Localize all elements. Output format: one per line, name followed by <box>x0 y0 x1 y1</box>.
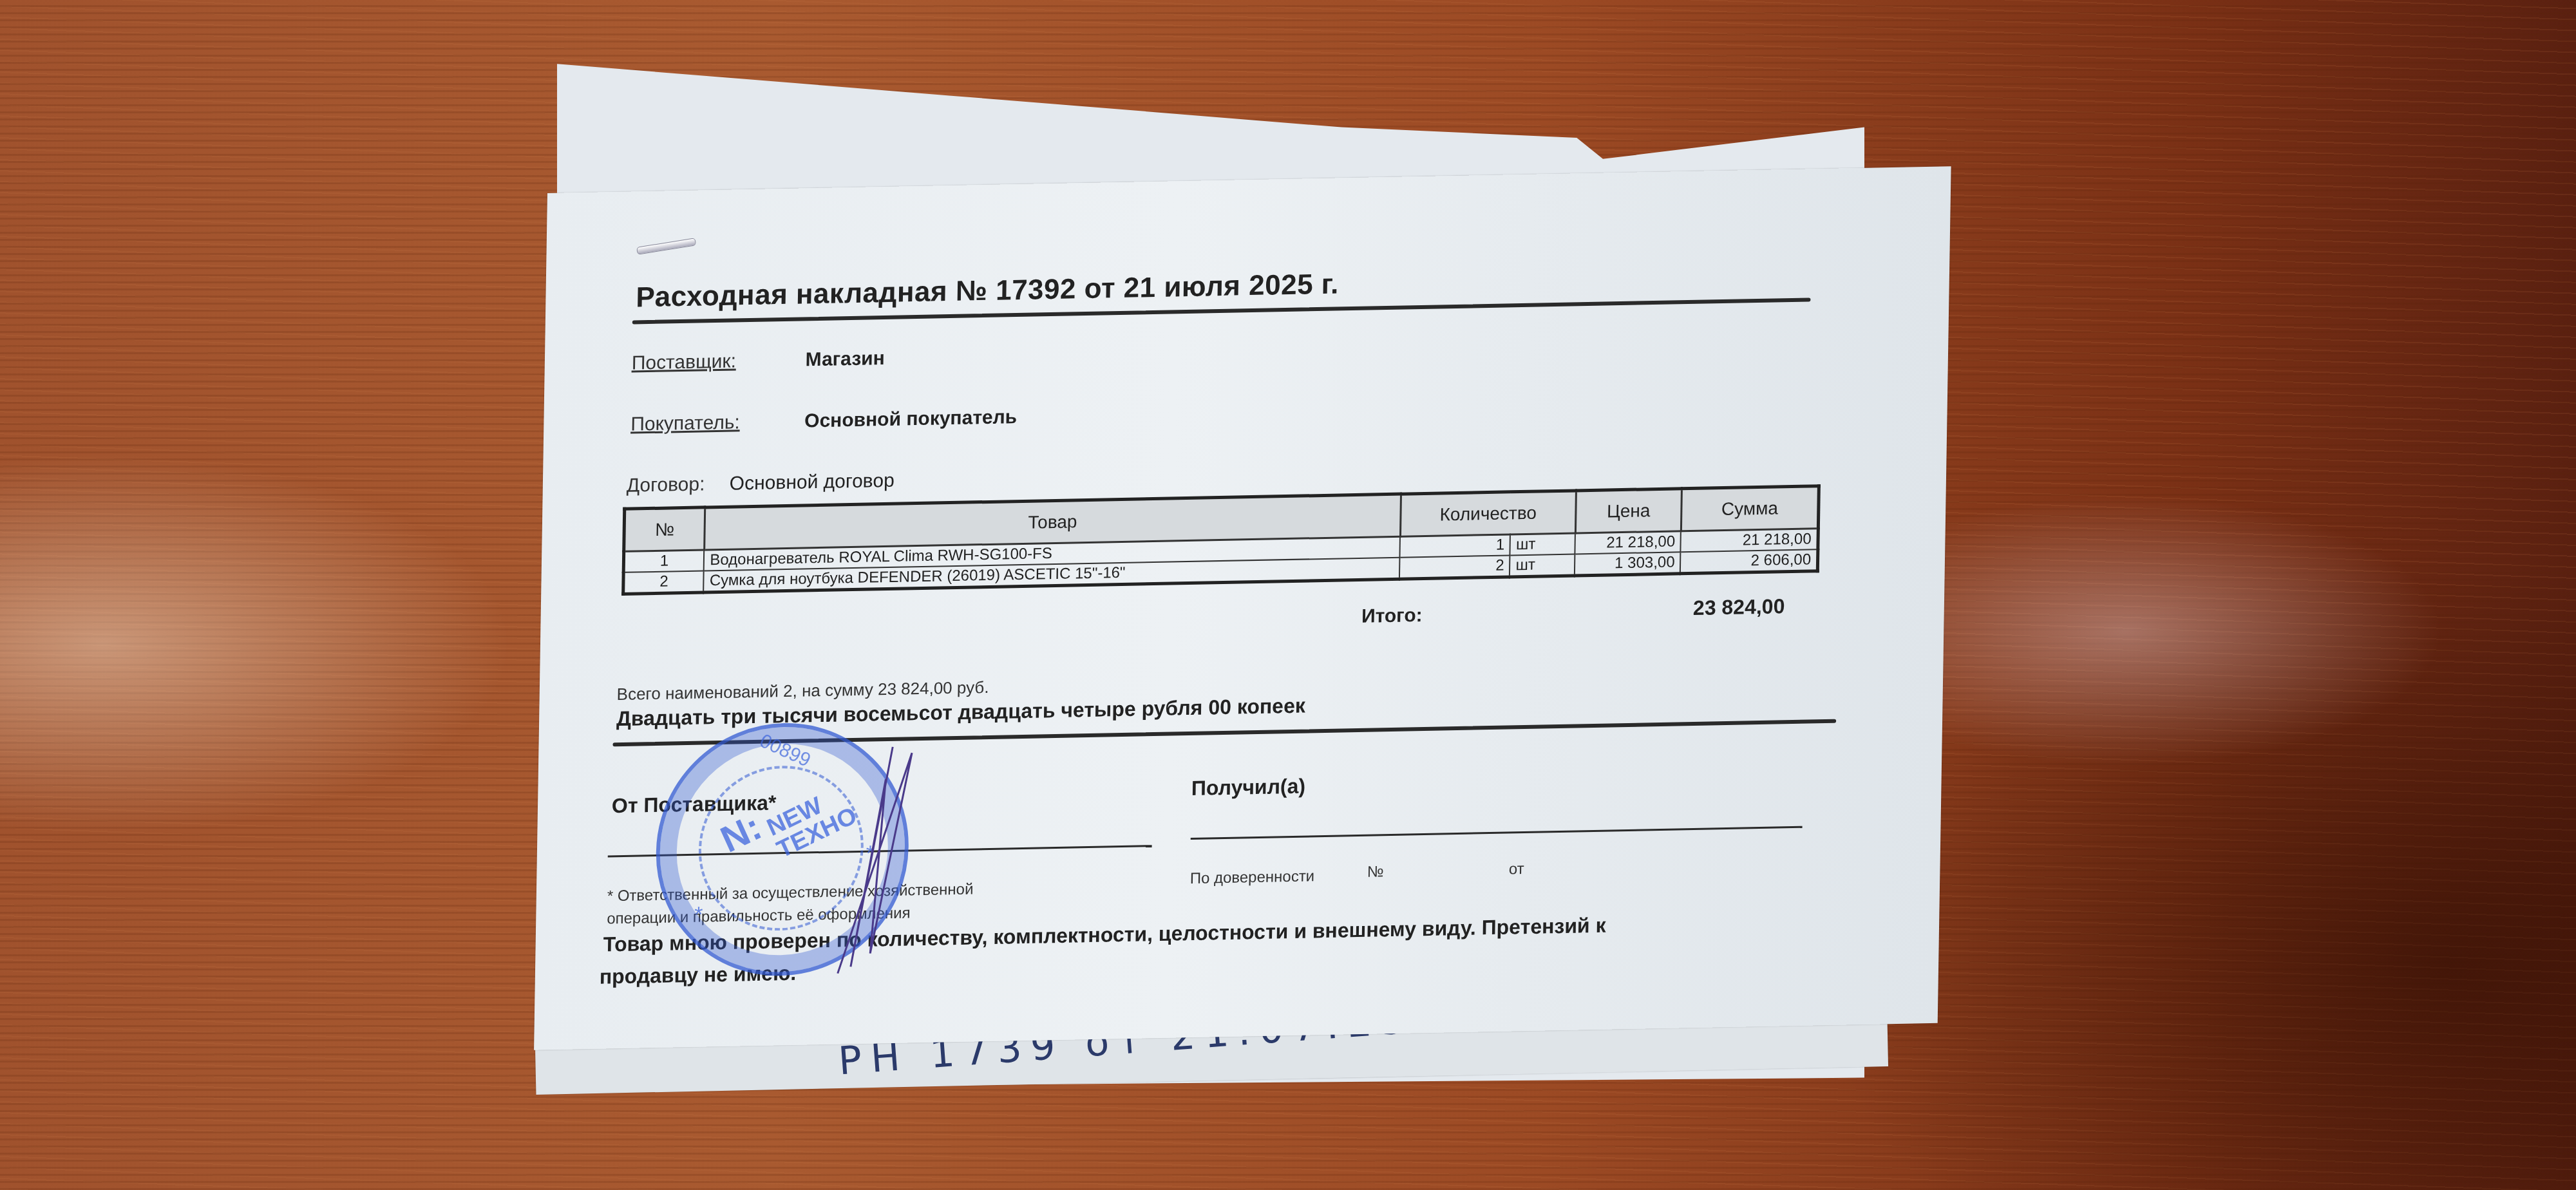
row-price: 21 218,00 <box>1575 531 1681 554</box>
row-sum: 2 606,00 <box>1680 549 1818 574</box>
invoice-document: Расходная накладная № 17392 от 21 июля 2… <box>534 166 1951 1050</box>
total-value: 23 824,00 <box>1693 594 1785 620</box>
invoice-title: Расходная накладная № 17392 от 21 июля 2… <box>636 268 1339 314</box>
invoice-sheet: Расходная накладная № 17392 от 21 июля 2… <box>534 166 1951 1050</box>
staple-icon <box>636 238 696 254</box>
total-label: Итого: <box>1361 605 1423 628</box>
col-header-sum: Сумма <box>1681 486 1819 531</box>
row-num: 1 <box>623 550 704 572</box>
col-header-qty: Количество <box>1400 491 1576 536</box>
contract-value: Основной договор <box>729 470 894 495</box>
supplier-value: Магазин <box>805 348 885 371</box>
row-num: 2 <box>623 571 704 594</box>
contract-label: Договор: <box>627 473 705 496</box>
power-of-attorney-number-label: № <box>1367 863 1384 882</box>
power-of-attorney-label: По доверенности <box>1190 867 1315 888</box>
row-price: 1 303,00 <box>1575 552 1681 576</box>
power-of-attorney-date-label: от <box>1509 860 1524 878</box>
signature-icon <box>811 739 944 987</box>
row-unit: шт <box>1510 554 1575 576</box>
stamp-star-icon: * <box>694 903 703 928</box>
buyer-value: Основной покупатель <box>804 406 1017 432</box>
row-qty: 2 <box>1399 555 1510 579</box>
buyer-label: Покупатель: <box>630 411 740 435</box>
receiver-signature-line <box>1191 826 1803 840</box>
row-qty: 1 <box>1400 534 1511 558</box>
items-table: № Товар Количество Цена Сумма 1 Водонагр… <box>621 484 1821 596</box>
received-label: Получил(а) <box>1191 775 1306 800</box>
supplier-label: Поставщик: <box>632 350 737 374</box>
col-header-price: Цена <box>1575 489 1681 533</box>
col-header-num: № <box>624 507 705 551</box>
row-unit: шт <box>1510 533 1575 555</box>
row-sum: 21 218,00 <box>1681 529 1818 552</box>
